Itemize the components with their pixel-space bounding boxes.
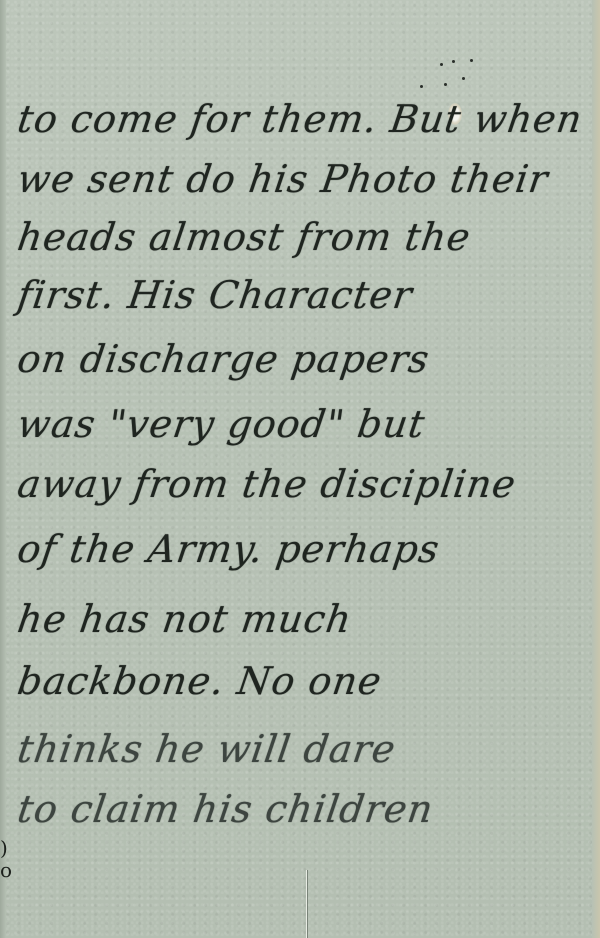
margin-mark: o: [0, 858, 12, 882]
text-line: to come for them. But when: [15, 100, 590, 138]
text-line: he has not much: [15, 600, 590, 638]
letter-page: to come for them. But when we sent do hi…: [0, 0, 600, 938]
margin-mark: ): [0, 836, 8, 860]
text-line: on discharge papers: [15, 340, 590, 378]
text-line: was "very good" but: [15, 405, 590, 443]
text-line: away from the discipline: [15, 465, 590, 503]
text-line: backbone. No one: [15, 662, 590, 700]
text-line: of the Army. perhaps: [15, 530, 590, 568]
text-line: to claim his children: [15, 790, 590, 828]
text-line: heads almost from the: [15, 218, 590, 256]
text-line: we sent do his Photo their: [15, 160, 590, 198]
handwritten-text: to come for them. But when we sent do hi…: [0, 0, 600, 938]
text-line: first. His Character: [15, 276, 590, 314]
text-line: thinks he will dare: [15, 730, 590, 768]
